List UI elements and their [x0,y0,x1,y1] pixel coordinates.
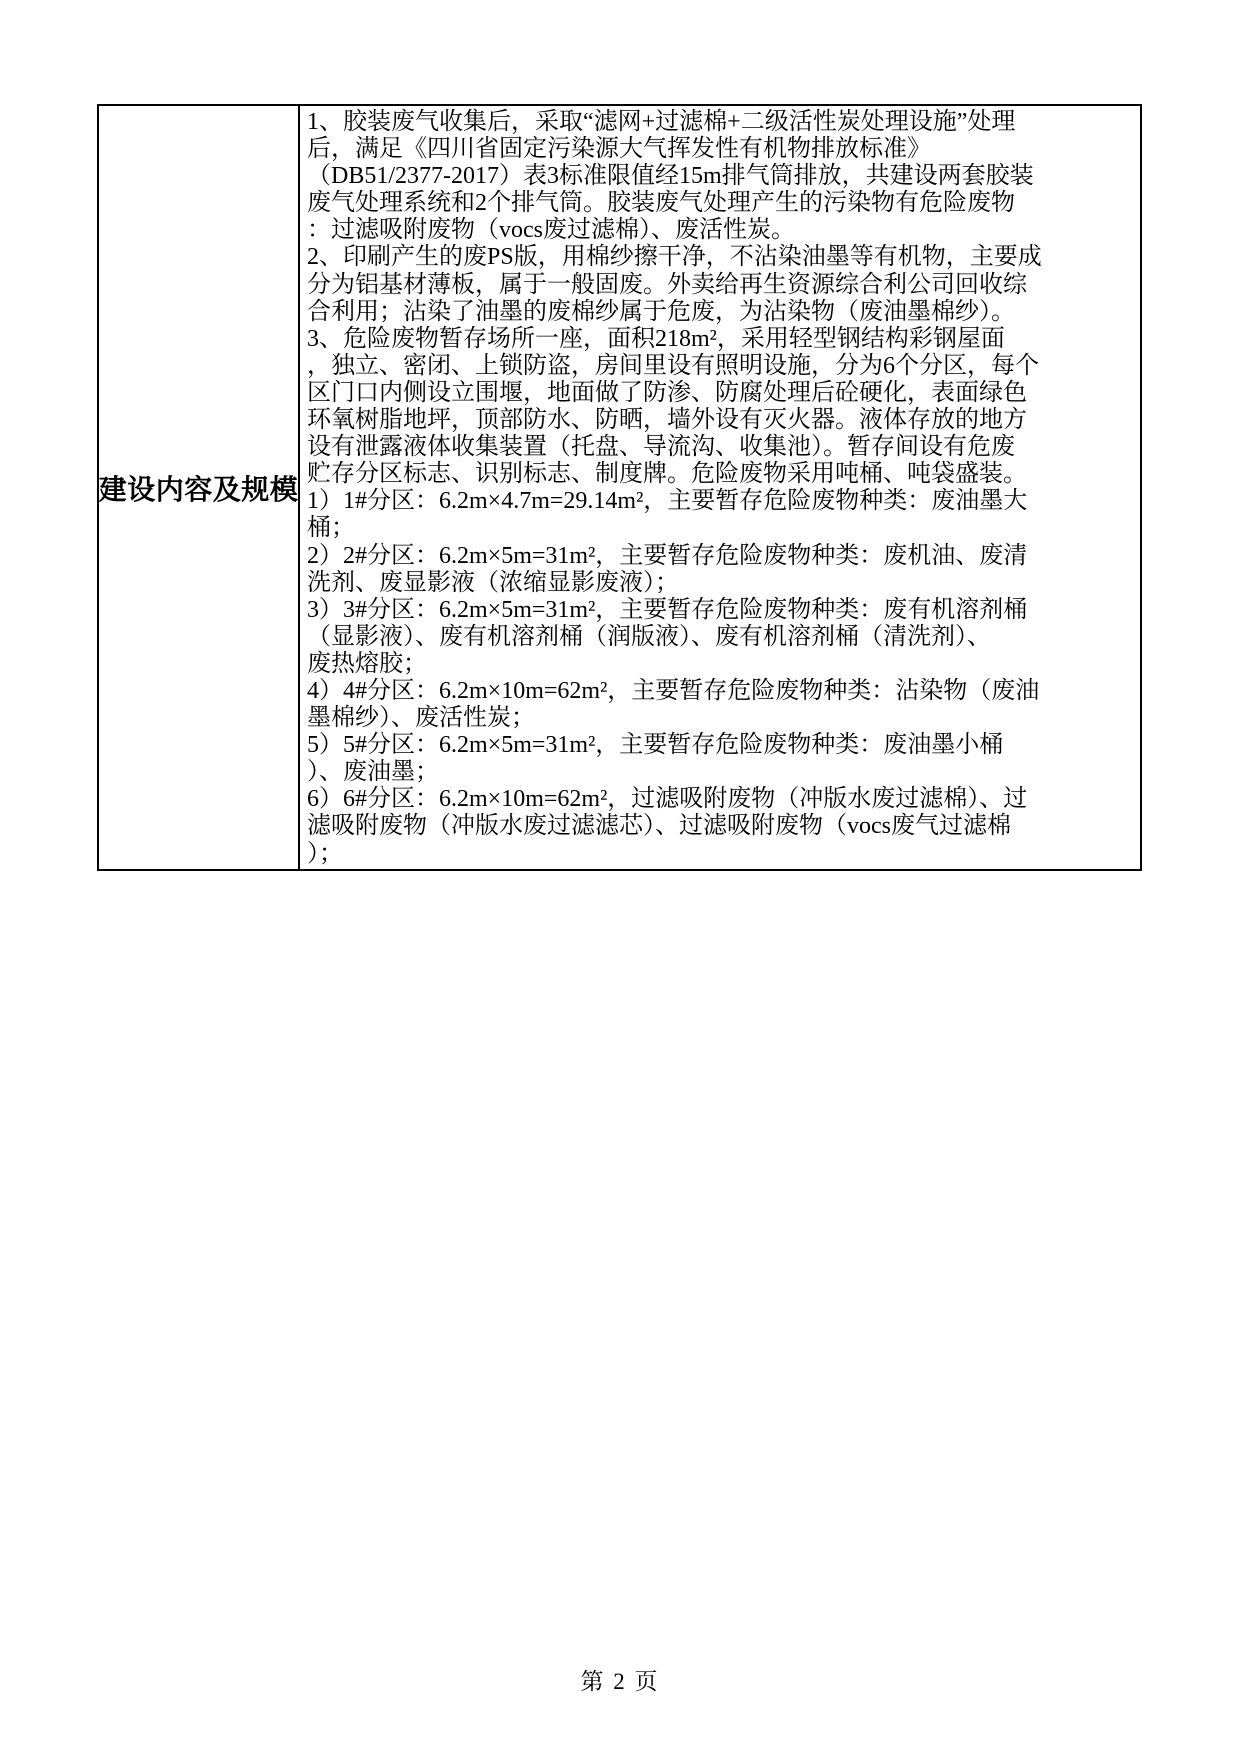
content-line: 废气处理系统和2个排气筒。胶装废气处理产生的污染物有危险废物 [307,190,1136,217]
content-line: 2、印刷产生的废PS版，用棉纱擦干净，不沾染油墨等有机物，主要成 [307,244,1136,271]
content-line: ：过滤吸附废物（vocs废过滤棉）、废活性炭。 [307,217,1136,244]
content-line: ，独立、密闭、上锁防盗，房间里设有照明设施，分为6个分区，每个 [307,353,1136,380]
content-line: 3）3#分区：6.2m×5m=31m²，主要暂存危险废物种类：废有机溶剂桶 [307,597,1136,624]
content-line: 4）4#分区：6.2m×10m=62m²，主要暂存危险废物种类：沾染物（废油 [307,678,1136,705]
page-number-label: 第 2 页 [581,1669,660,1694]
content-line: 合利用；沾染了油墨的废棉纱属于危废，为沾染物（废油墨棉纱）。 [307,299,1136,326]
table-header-label: 建设内容及规模 [99,468,298,508]
table-header-cell: 建设内容及规模 [99,106,300,869]
content-line: 贮存分区标志、识别标志、制度牌。危险废物采用吨桶、吨袋盛装。 [307,461,1136,488]
content-line: ）； [307,841,1136,868]
content-line: 分为铝基材薄板，属于一般固废。外卖给再生资源综合利公司回收综 [307,272,1136,299]
table-content-cell: 1、胶装废气收集后，采取“滤网+过滤棉+二级活性炭处理设施”处理后，满足《四川省… [300,106,1140,869]
content-line: 桶； [307,515,1136,542]
content-line: （DB51/2377-2017）表3标准限值经15m排气筒排放，共建设两套胶装 [307,163,1136,190]
construction-content-table: 建设内容及规模 1、胶装废气收集后，采取“滤网+过滤棉+二级活性炭处理设施”处理… [97,104,1142,871]
content-line: 1）1#分区：6.2m×4.7m=29.14m²，主要暂存危险废物种类：废油墨大 [307,488,1136,515]
content-line: 1、胶装废气收集后，采取“滤网+过滤棉+二级活性炭处理设施”处理 [307,109,1136,136]
content-line: 2）2#分区：6.2m×5m=31m²，主要暂存危险废物种类：废机油、废清 [307,543,1136,570]
content-line: 环氧树脂地坪，顶部防水、防晒，墙外设有灭火器。液体存放的地方 [307,407,1136,434]
content-line: （显影液）、废有机溶剂桶（润版液）、废有机溶剂桶（清洗剂）、 [307,624,1136,651]
content-line: 5）5#分区：6.2m×5m=31m²，主要暂存危险废物种类：废油墨小桶 [307,732,1136,759]
content-line: 区门口内侧设立围堰，地面做了防渗、防腐处理后砼硬化，表面绿色 [307,380,1136,407]
content-line: 3、危险废物暂存场所一座，面积218m²，采用轻型钢结构彩钢屋面 [307,326,1136,353]
page-footer: 第 2 页 [0,1663,1240,1696]
content-line: 墨棉纱）、废活性炭； [307,705,1136,732]
content-line: 废热熔胶； [307,651,1136,678]
document-page: 建设内容及规模 1、胶装废气收集后，采取“滤网+过滤棉+二级活性炭处理设施”处理… [0,0,1240,1755]
content-line: 设有泄露液体收集装置（托盘、导流沟、收集池）。暂存间设有危废 [307,434,1136,461]
content-line: 后，满足《四川省固定污染源大气挥发性有机物排放标准》 [307,136,1136,163]
content-line: 滤吸附废物（冲版水废过滤滤芯）、过滤吸附废物（vocs废气过滤棉 [307,813,1136,840]
content-line: 6）6#分区：6.2m×10m=62m²，过滤吸附废物（冲版水废过滤棉）、过 [307,786,1136,813]
content-line: ）、废油墨； [307,759,1136,786]
content-line: 洗剂、废显影液（浓缩显影废液）； [307,570,1136,597]
